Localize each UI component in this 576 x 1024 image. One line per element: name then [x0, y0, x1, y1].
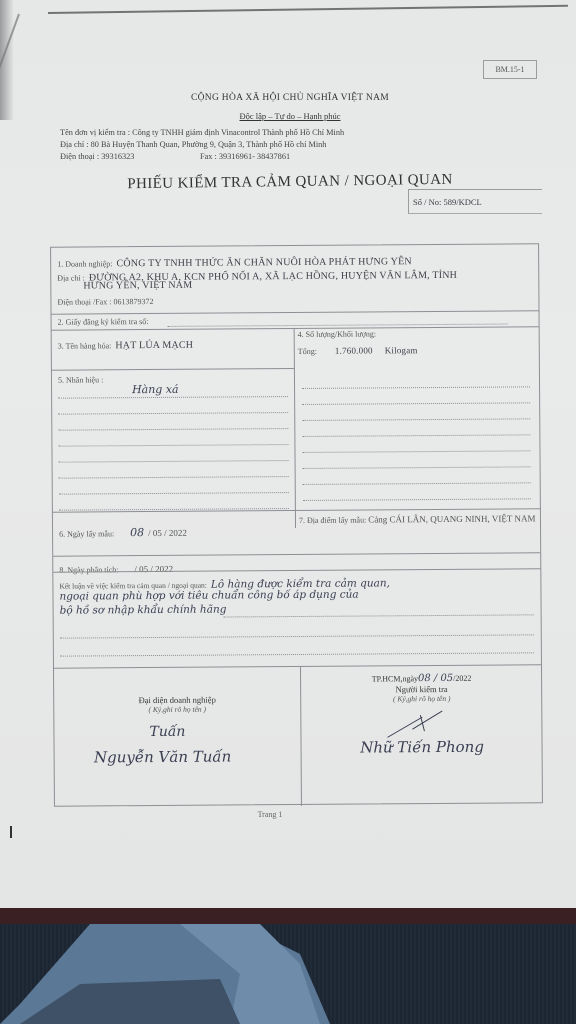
- dotted-line: [303, 498, 531, 501]
- inspector-date-suffix: /2022: [453, 674, 471, 683]
- column-divider: [294, 328, 296, 528]
- dotted-line: [302, 402, 530, 405]
- analysis-date-label: 8. Ngày phân tích:: [59, 565, 118, 574]
- dotted-line: [302, 386, 530, 389]
- dotted-line: [303, 482, 531, 485]
- divider: [53, 552, 540, 556]
- inspector-date-value: 08 / 05: [418, 673, 453, 684]
- dotted-line: [58, 412, 288, 415]
- goods-row: 3. Tên hàng hóa: HẠT LÚA MẠCH: [58, 335, 194, 354]
- dotted-line: [59, 492, 289, 495]
- registration-label: 2. Giấy đăng ký kiểm tra số:: [58, 317, 149, 327]
- dotted-line: [60, 652, 534, 656]
- address-value-2: HƯNG YÊN, VIỆT NAM: [83, 280, 192, 292]
- divider: [52, 368, 294, 371]
- page-number: Trang 1: [230, 810, 310, 819]
- quantity-value: 1.760.000: [335, 345, 373, 355]
- inspector-date-prefix: TP.HCM,ngày: [372, 674, 418, 683]
- document-page: BM.15-1 CỘNG HÒA XÃ HỘI CHỦ NGHĨA VIỆT N…: [0, 0, 576, 908]
- inspector-address: Địa chỉ : 80 Bà Huyện Thanh Quan, Phường…: [60, 140, 326, 149]
- form-code: BM.15-1: [483, 60, 537, 79]
- inspector-name: Nhữ Tiến Phong: [300, 737, 543, 757]
- sample-place-value: Cảng CÁI LÂN, QUANG NINH, VIỆT NAM: [368, 513, 535, 524]
- inspection-form: 1. Doanh nghiệp: CÔNG TY TNHH THỨC ĂN CH…: [50, 243, 543, 806]
- address-label: Địa chỉ :: [57, 273, 85, 282]
- enterprise-rep-name: Nguyễn Văn Tuấn: [25, 747, 301, 767]
- brand-value: Hàng xá: [132, 383, 179, 396]
- quantity-label: 4. Số lượng/Khối lượng:: [298, 329, 377, 339]
- notes-dotted-lines: [51, 244, 538, 247]
- conclusion-line-2: ngoại quan phù hợp với tiêu chuẩn công b…: [59, 589, 358, 603]
- conclusion-line-3: bộ hồ sơ nhập khẩu chính hãng: [60, 603, 227, 616]
- dotted-line: [58, 428, 288, 431]
- dotted-line: [58, 444, 288, 447]
- divider: [52, 310, 539, 314]
- brand-dotted-lines: [51, 244, 538, 247]
- national-header: CỘNG HÒA XÃ HỘI CHỦ NGHĨA VIỆT NAM: [100, 93, 480, 103]
- sample-date-label: 6. Ngày lấy mẫu:: [59, 529, 114, 538]
- dotted-line: [59, 476, 289, 479]
- divider: [52, 326, 539, 330]
- quantity-unit: Kilogam: [385, 345, 418, 355]
- enterprise-rep-sub: ( Ký,ghi rõ họ tên ): [54, 704, 300, 715]
- dotted-line: [303, 466, 531, 469]
- quantity-row: Tổng: 1.760.000 Kilogam: [298, 340, 418, 359]
- paper-fold-edge: [48, 5, 568, 14]
- sample-place: 7. Địa điểm lấy mẫu: Cảng CÁI LÂN, QUANG…: [299, 512, 537, 527]
- document-number: Số / No: 589/KDCL: [408, 189, 542, 214]
- dotted-line: [224, 614, 534, 617]
- phone-fax: Điện thoại /Fax : 0613879372: [57, 297, 153, 307]
- divider: [54, 664, 541, 668]
- dotted-line: [59, 460, 289, 463]
- dotted-line: [302, 418, 530, 421]
- enterprise-signature-block: Đại diện doanh nghiệp ( Ký,ghi rõ họ tên…: [54, 694, 300, 767]
- sample-date-day: 08: [130, 526, 144, 539]
- inspector-sub: ( Ký,ghi rõ họ tên ): [300, 693, 543, 704]
- inspector-fax: Fax : 39316961- 38437861: [200, 152, 290, 161]
- national-motto: Độc lập – Tự do – Hạnh phúc: [100, 111, 480, 121]
- goods-value: HẠT LÚA MẠCH: [115, 340, 193, 352]
- dotted-line: [58, 396, 288, 399]
- desk-edge: [0, 908, 576, 924]
- goods-label: 3. Tên hàng hóa:: [58, 341, 112, 350]
- dotted-line: [302, 450, 530, 453]
- dotted-line: [60, 634, 534, 638]
- inspector-phone: Điện thoại : 39316323: [60, 152, 134, 161]
- analysis-date-value: / 05 / 2022: [134, 564, 173, 574]
- inspector-name: Tên đơn vị kiểm tra : Công ty TNHH giám …: [60, 128, 344, 137]
- dotted-line: [302, 434, 530, 437]
- sample-place-label: 7. Địa điểm lấy mẫu:: [299, 516, 366, 525]
- brand-label: 5. Nhãn hiệu :: [58, 375, 103, 384]
- inspector-signature-block: TP.HCM,ngày08 / 05/2022 Người kiểm tra (…: [300, 672, 544, 757]
- sample-date-rest: / 05 / 2022: [148, 528, 187, 538]
- inspector-signature-mark: [382, 709, 462, 740]
- margin-mark: [10, 826, 12, 838]
- sample-date-row: 6. Ngày lấy mẫu: 08 / 05 / 2022: [59, 523, 187, 542]
- quantity-total-label: Tổng:: [298, 347, 317, 356]
- enterprise-signature: Tuấn: [34, 723, 300, 741]
- shirt-sleeve: [0, 924, 576, 1024]
